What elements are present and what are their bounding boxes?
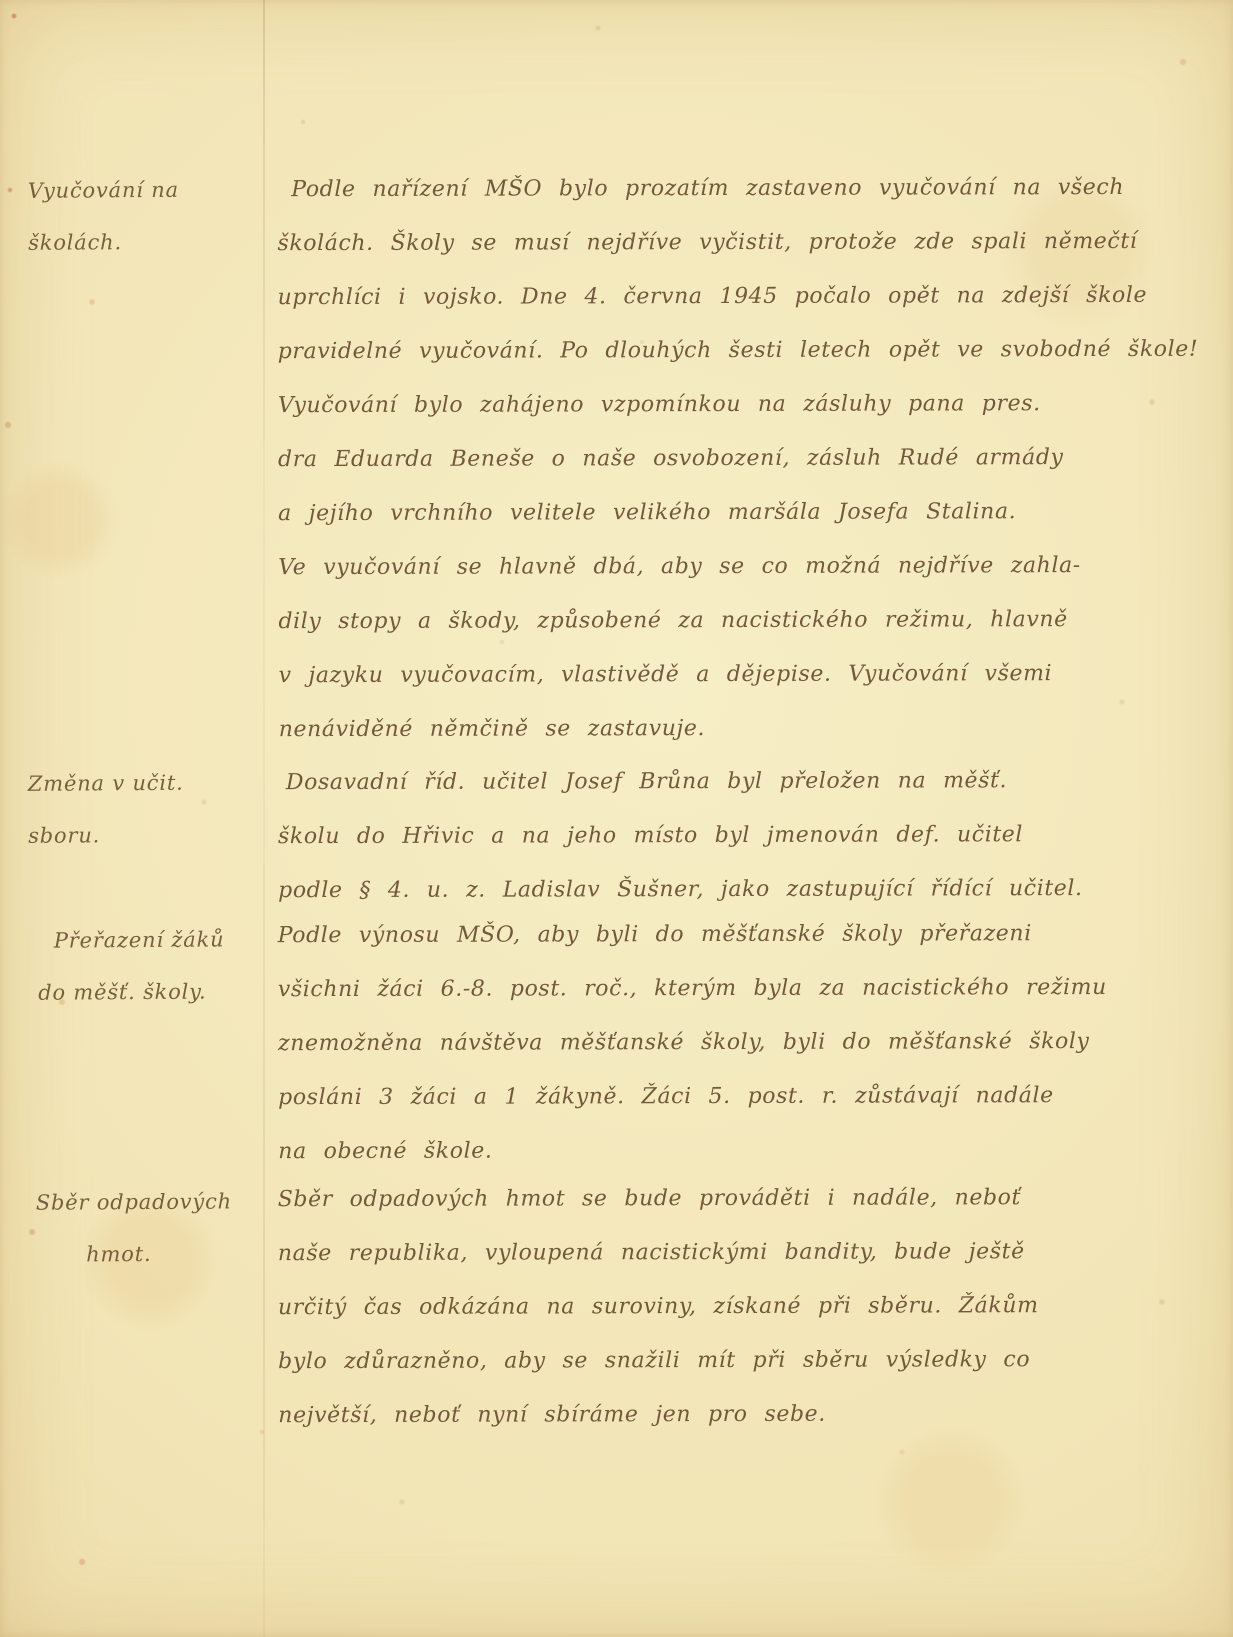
entry-text: Podle nařízení MŠO bylo prozatím zastave… [277,161,1169,757]
margin-note: Sběr odpadových hmot. [28,1175,264,1281]
margin-note-line: Změna v učit. sboru. [28,771,184,848]
chronicle-page: Vyučování na školách. Podle nařízení MŠO… [0,0,1233,1637]
handwritten-line: uprchlíci i vojsko. Dne 4. června 1945 p… [278,269,1168,325]
handwritten-line: znemožněna návštěva měšťanské školy, byl… [278,1015,1168,1071]
handwritten-line: určitý čas odkázána na suroviny, získané… [278,1279,1168,1335]
handwritten-line: Vyučování bylo zahájeno vzpomínkou na zá… [278,377,1168,433]
margin-note-line: hmot. [28,1227,263,1281]
handwritten-line: posláni 3 žáci a 1 žákyně. Žáci 5. post.… [278,1069,1168,1125]
handwritten-line: všichni žáci 6.-8. post. roč., kterým by… [278,961,1168,1017]
handwritten-line: Podle nařízení MŠO bylo prozatím zastave… [277,161,1167,217]
handwritten-line: naše republika, vyloupená nacistickými b… [278,1225,1168,1281]
handwritten-line: Ve vyučování se hlavně dbá, aby se co mo… [278,539,1168,595]
handwritten-line: školu do Hřivic a na jeho místo byl jmen… [278,808,1168,864]
entry-text: Sběr odpadových hmot se bude prováděti i… [278,1171,1169,1443]
handwritten-line: nenáviděné němčině se zastavuje. [279,701,1169,757]
margin-rule [263,0,265,1637]
handwritten-line: Dosavadní říd. učitel Josef Brůna byl př… [278,754,1168,810]
margin-note: Přeřazení žáků do měšť. školy. [28,913,264,1019]
entry-text: Dosavadní říd. učitel Josef Brůna byl př… [278,754,1168,918]
margin-note-line: Přeřazení žáků [28,927,225,952]
handwritten-line: školách. Školy se musí nejdříve vyčistit… [277,215,1167,271]
margin-note-line: do měšť. školy. [28,965,263,1019]
handwritten-line: dra Eduarda Beneše o naše osvobození, zá… [278,431,1168,487]
margin-note: Vyučování na školách. [28,163,264,269]
margin-note-line: Vyučování na školách. [28,178,179,255]
handwritten-line: bylo zdůrazněno, aby se snažili mít při … [278,1333,1168,1389]
margin-note-line: Sběr odpadových [28,1189,232,1214]
handwritten-line: v jazyku vyučovacím, vlastivědě a dějepi… [278,647,1168,703]
handwritten-line: největší, neboť nyní sbíráme jen pro seb… [278,1387,1168,1443]
handwritten-line: dily stopy a škody, způsobené za nacisti… [278,593,1168,649]
handwritten-line: Podle výnosu MŠO, aby byli do měšťanské … [278,907,1168,963]
handwritten-line: pravidelné vyučování. Po dlouhých šesti … [278,323,1168,379]
margin-note: Změna v učit. sboru. [28,756,264,862]
handwritten-line: a jejího vrchního velitele velikého marš… [278,485,1168,541]
entry-text: Podle výnosu MŠO, aby byli do měšťanské … [278,907,1169,1179]
handwritten-line: Sběr odpadových hmot se bude prováděti i… [278,1171,1168,1227]
